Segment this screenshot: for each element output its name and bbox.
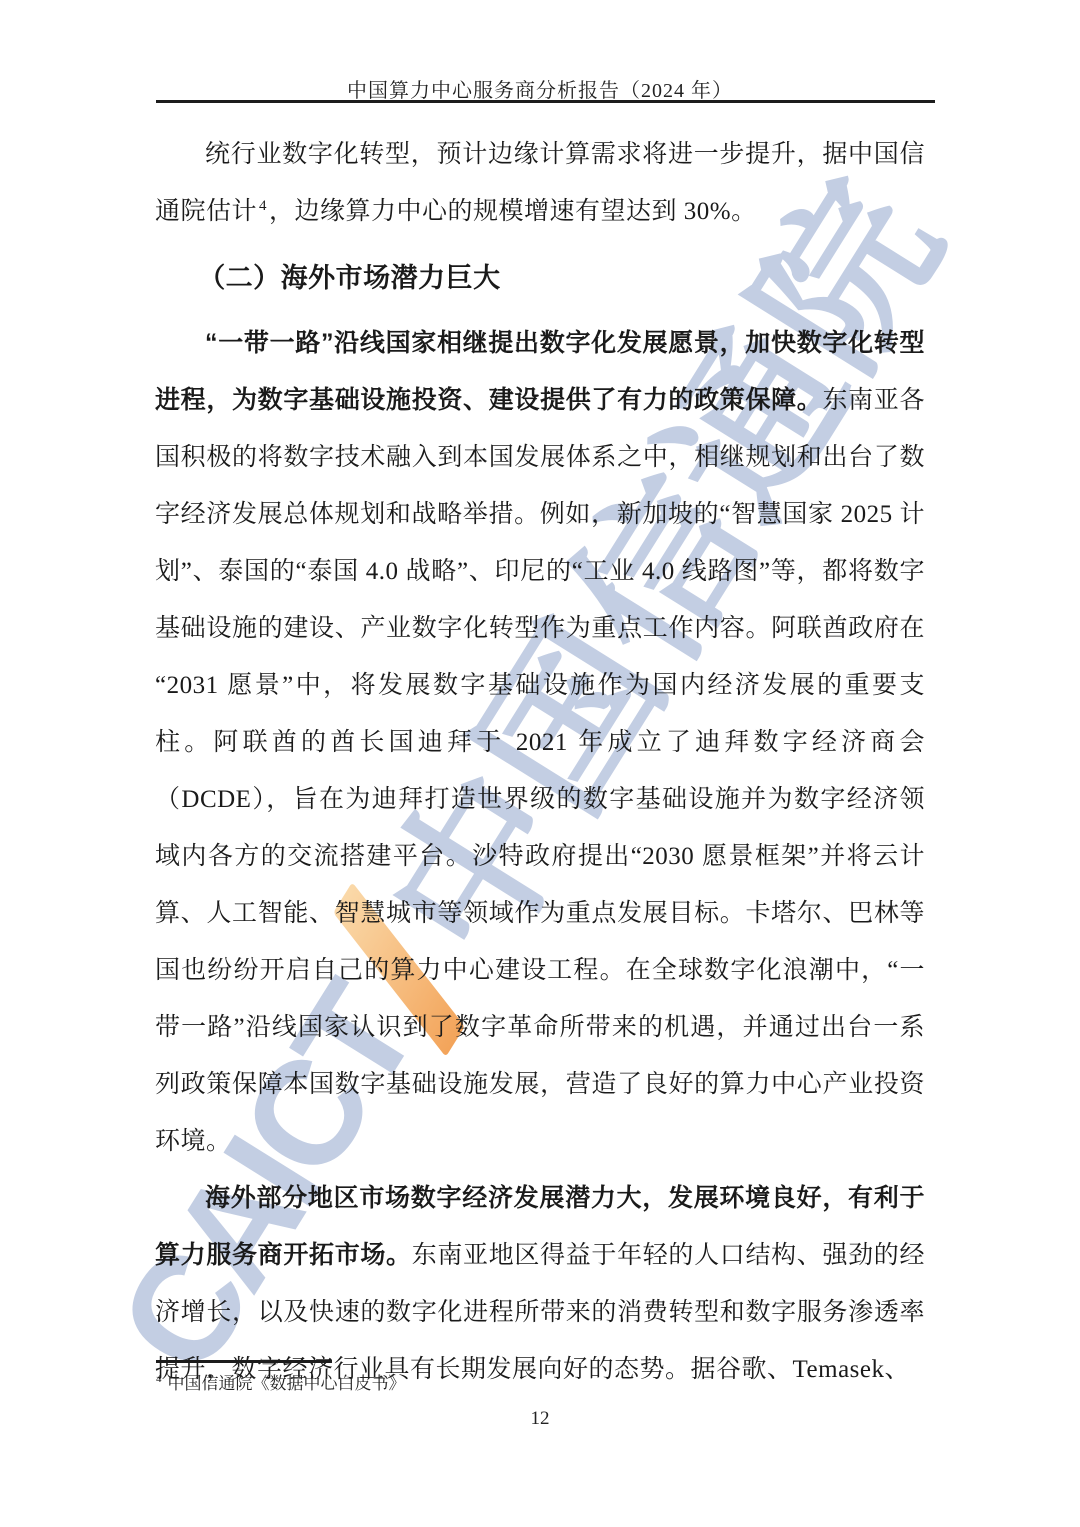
footnote-marker: 4: [156, 1373, 162, 1385]
header-rule: [156, 100, 935, 103]
page-number: 12: [0, 1408, 1080, 1430]
paragraph-belt-and-road-regular: 东南亚各国积极的将数字技术融入到本国发展体系之中，相继规划和出台了数字经济发展总…: [155, 387, 925, 1155]
paragraph-edge-computing-text-after: ，边缘算力中心的规模增速有望达到 30%。: [269, 198, 757, 225]
footnote-separator-rule: [156, 1360, 332, 1363]
document-page: 中国算力中心服务商分析报告（2024 年） CAICT 中国信通院 统行业数字化…: [0, 0, 1080, 1527]
footnote-text: 中国信通院《数据中心白皮书》: [168, 1374, 406, 1393]
paragraph-belt-and-road: “一带一路”沿线国家相继提出数字化发展愿景，加快数字化转型进程，为数字基础设施投…: [155, 315, 925, 1170]
document-body: 统行业数字化转型，预计边缘计算需求将进一步提升，据中国信通院估计4，边缘算力中心…: [155, 126, 925, 1398]
paragraph-overseas-potential: 海外部分地区市场数字经济发展潜力大，发展环境良好，有利于算力服务商开拓市场。东南…: [155, 1170, 925, 1398]
paragraph-belt-and-road-bold: “一带一路”沿线国家相继提出数字化发展愿景，加快数字化转型进程，为数字基础设施投…: [155, 329, 925, 414]
footnote: 4中国信通院《数据中心白皮书》: [156, 1371, 406, 1397]
paragraph-edge-computing: 统行业数字化转型，预计边缘计算需求将进一步提升，据中国信通院估计4，边缘算力中心…: [155, 126, 925, 240]
section-heading-overseas-market: （二）海外市场潜力巨大: [155, 250, 925, 307]
page-header-title: 中国算力中心服务商分析报告（2024 年）: [0, 74, 1080, 103]
footnote-reference-4: 4: [259, 198, 267, 214]
